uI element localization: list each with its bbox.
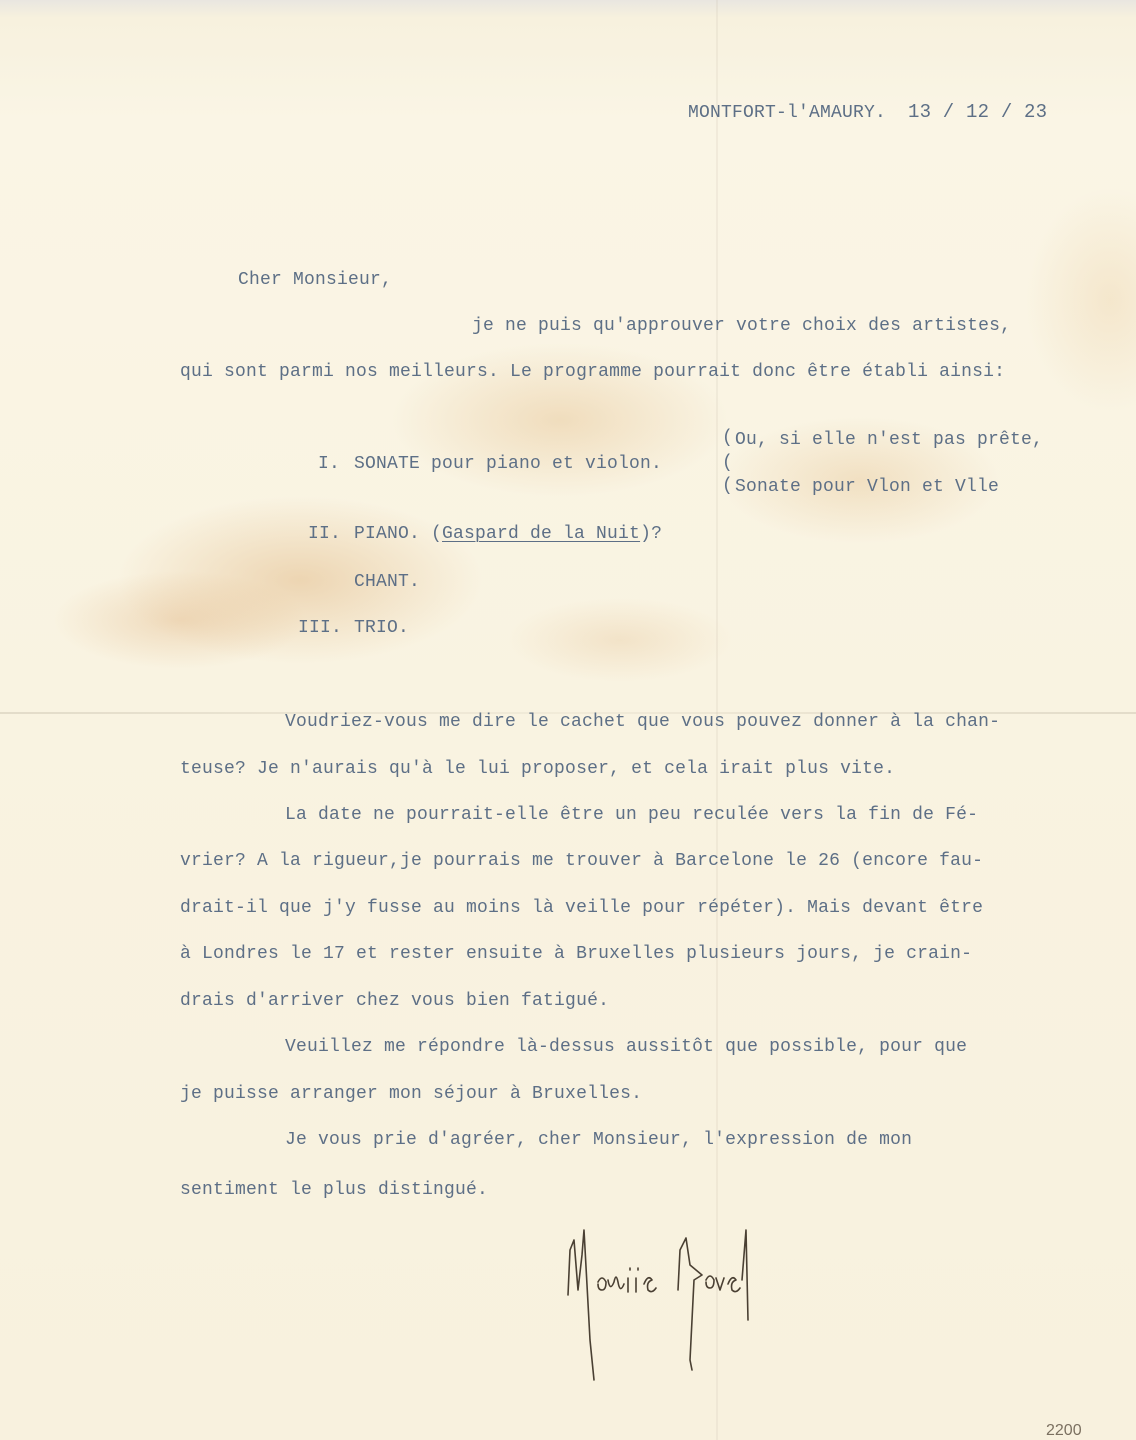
left-paren-1: ( <box>722 428 733 448</box>
paragraph-2-line-1: La date ne pourrait-elle être un peu rec… <box>285 805 978 825</box>
paragraph-2-line-3: drait-il que j'y fusse au moins là veill… <box>180 898 983 918</box>
paragraph-3-line-2: je puisse arranger mon séjour à Bruxelle… <box>180 1084 642 1104</box>
handwritten-signature <box>560 1220 780 1400</box>
program-item-2-numeral: II. <box>308 524 341 544</box>
program-item-4-numeral: III. <box>298 618 342 638</box>
program-item-1-alternative-line-3: Sonate pour Vlon et Vlle <box>735 477 999 497</box>
salutation: Cher Monsieur, <box>238 270 392 290</box>
left-paren-3: ( <box>722 476 733 496</box>
paragraph-3-line-1: Veuillez me répondre là-dessus aussitôt … <box>285 1037 967 1057</box>
signature-icon <box>560 1220 780 1400</box>
program-item-2-title: PIANO. ( <box>354 524 442 544</box>
program-item-2-line: PIANO. (Gaspard de la Nuit)? <box>354 524 662 544</box>
left-paren-2: ( <box>722 453 733 473</box>
letter-header-date: 13 / 12 / 23 <box>908 101 1047 123</box>
intro-line-1: je ne puis qu'approuver votre choix des … <box>472 316 1011 336</box>
program-item-2-work: Gaspard de la Nuit <box>442 524 640 544</box>
program-item-2-suffix: )? <box>640 524 662 544</box>
program-item-1-numeral: I. <box>318 454 340 474</box>
closing-line-2: sentiment le plus distingué. <box>180 1180 488 1200</box>
paragraph-1-line-1: Voudriez-vous me dire le cachet que vous… <box>285 712 1000 732</box>
paragraph-2-line-5: drais d'arriver chez vous bien fatigué. <box>180 991 609 1011</box>
closing-line-1: Je vous prie d'agréer, cher Monsieur, l'… <box>285 1130 912 1150</box>
program-item-1-alternative-line-1: Ou, si elle n'est pas prête, <box>735 430 1043 450</box>
letter-header-place: MONTFORT-l'AMAURY. <box>688 103 886 123</box>
program-item-4-title: TRIO. <box>354 618 409 638</box>
intro-line-2: qui sont parmi nos meilleurs. Le program… <box>180 362 1005 382</box>
archive-number: 2200 <box>1046 1422 1082 1440</box>
program-item-3-title: CHANT. <box>354 572 420 592</box>
paragraph-1-line-2: teuse? Je n'aurais qu'à le lui proposer,… <box>180 759 895 779</box>
paragraph-2-line-4: à Londres le 17 et rester ensuite à Brux… <box>180 944 972 964</box>
paragraph-2-line-2: vrier? A la rigueur,je pourrais me trouv… <box>180 851 983 871</box>
program-item-1-title: SONATE pour piano et violon. <box>354 454 662 474</box>
